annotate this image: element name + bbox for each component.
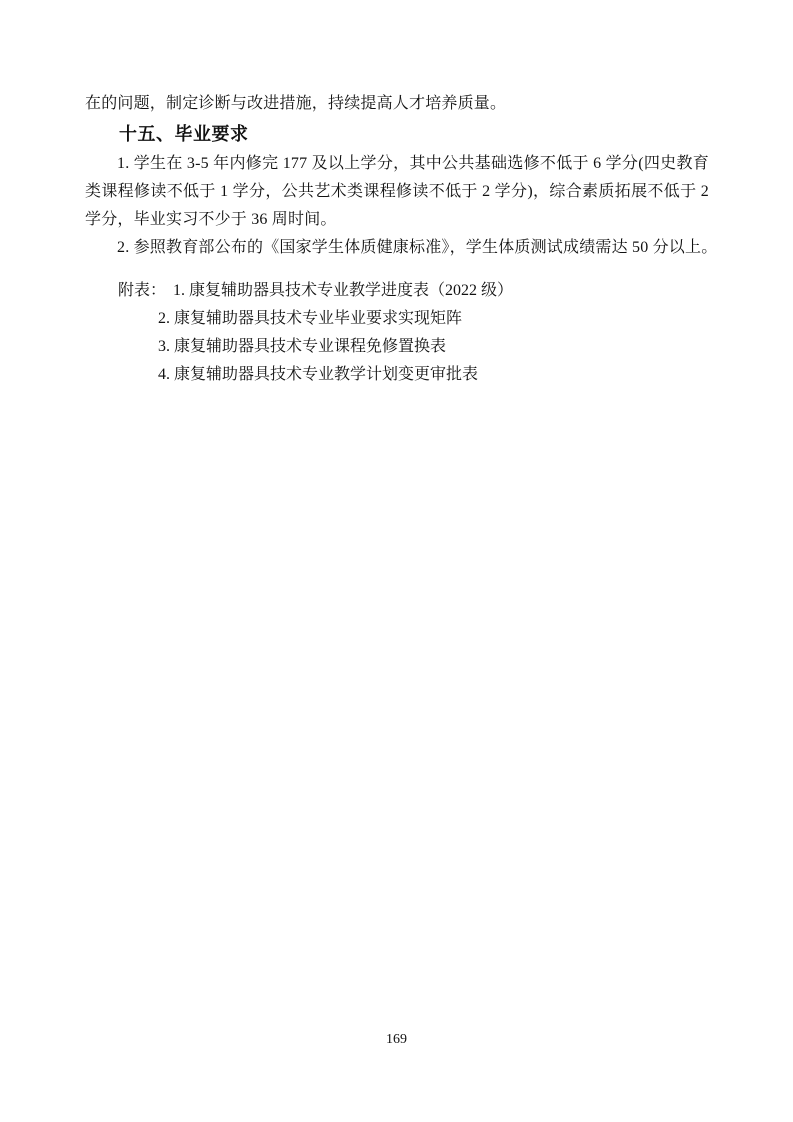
page-content: 在的问题，制定诊断与改进措施，持续提高人才培养质量。 十五、毕业要求 1. 学生… [85,90,709,389]
requirement-1-line-1: 1. 学生在 3-5 年内修完 177 及以上学分，其中公共基础选修不低于 6 … [85,150,709,178]
requirement-1-line-3: 学分，毕业实习不少于 36 周时间。 [85,206,709,234]
requirement-1-line-2: 类课程修读不低于 1 学分，公共艺术类课程修读不低于 2 学分)，综合素质拓展不… [85,178,709,206]
section-heading: 十五、毕业要求 [85,118,709,150]
attachment-item-4: 4. 康复辅助器具技术专业教学计划变更审批表 [85,361,709,389]
attachment-label: 附表： [118,282,166,299]
paragraph-continuation: 在的问题，制定诊断与改进措施，持续提高人才培养质量。 [85,90,709,118]
page-number: 169 [0,1030,793,1050]
requirement-paragraph-2: 2. 参照教育部公布的《国家学生体质健康标准》，学生体质测试成绩需达 50 分以… [85,234,709,262]
attachment-item-2: 2. 康复辅助器具技术专业毕业要求实现矩阵 [85,305,709,333]
document-page: 在的问题，制定诊断与改进措施，持续提高人才培养质量。 十五、毕业要求 1. 学生… [0,0,793,1122]
attachment-item-3: 3. 康复辅助器具技术专业课程免修置换表 [85,333,709,361]
requirement-2-line-1: 2. 参照教育部公布的《国家学生体质健康标准》，学生体质测试成绩需达 50 分以… [85,234,709,262]
attachment-row: 附表：1. 康复辅助器具技术专业教学进度表（2022 级） [85,277,709,305]
attachment-item-1: 1. 康复辅助器具技术专业教学进度表（2022 级） [173,282,513,299]
attachment-list: 附表：1. 康复辅助器具技术专业教学进度表（2022 级） 2. 康复辅助器具技… [85,277,709,389]
requirement-paragraph-1: 1. 学生在 3-5 年内修完 177 及以上学分，其中公共基础选修不低于 6 … [85,150,709,234]
